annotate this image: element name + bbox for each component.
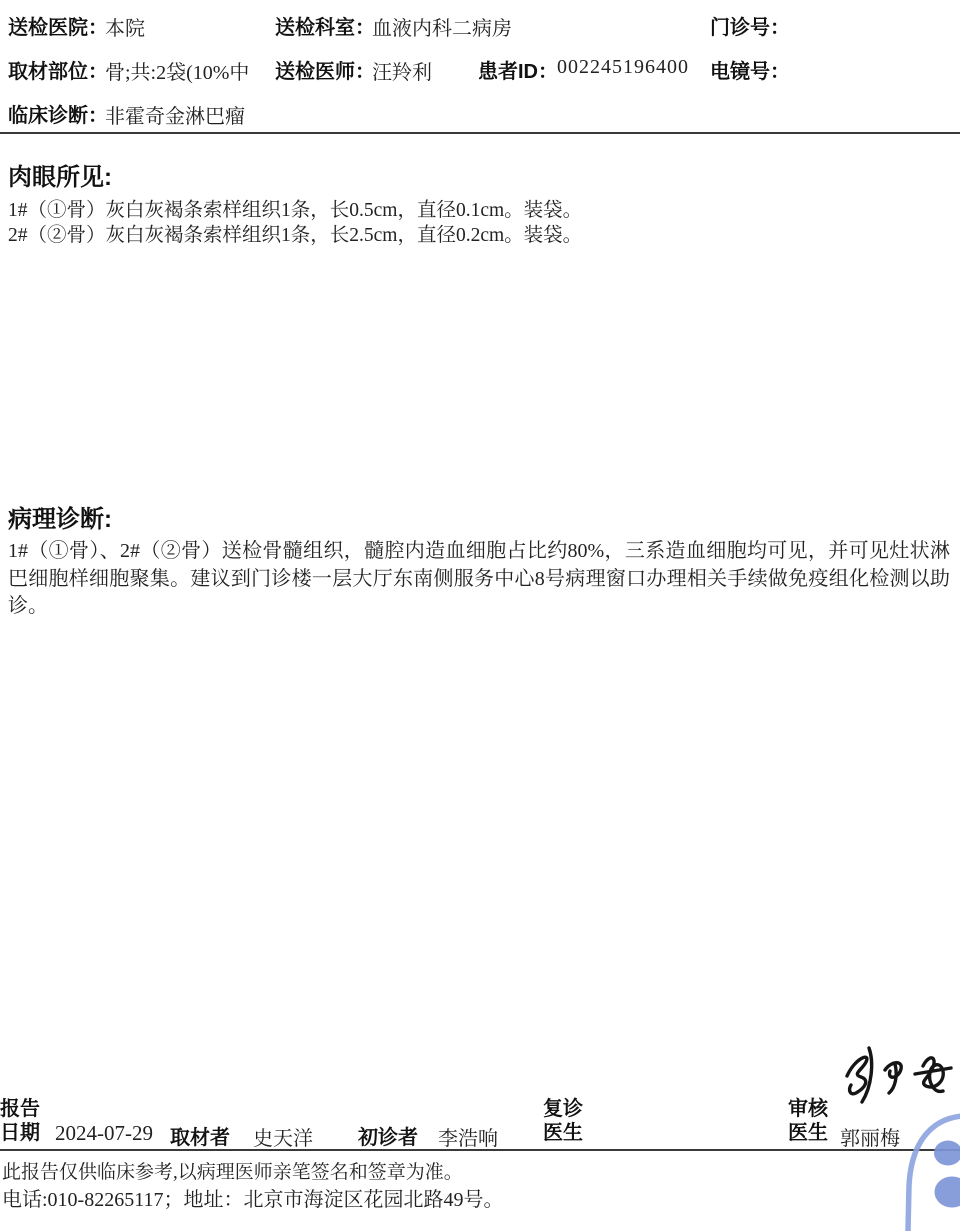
field-label-sending-doctor: 送检医师：: [275, 55, 375, 84]
field-label-sending-hospital: 送检医院：: [8, 11, 108, 40]
audit-doctor-label-line2: 医生: [788, 1121, 828, 1145]
footer-divider: [0, 1149, 960, 1151]
gross-findings-line: 1#（①骨）灰白灰褐条索样组织1条，长0.5cm，直径0.1cm。装袋。: [8, 198, 582, 223]
report-date-label-line1: 报告: [0, 1097, 40, 1121]
hospital-seal-icon: [840, 1106, 960, 1231]
field-value-specimen-site: 骨;共:2袋(10%中: [105, 56, 249, 85]
gross-findings-line: 2#（②骨）灰白灰褐条索样组织1条，长2.5cm，直径0.2cm。装袋。: [8, 223, 582, 248]
pathology-diagnosis-text: 1#（①骨）、2#（②骨）送检骨髓组织，髓腔内造血细胞占比约80%，三系造血细胞…: [8, 538, 950, 621]
first-reader-name: 李浩响: [438, 1122, 498, 1151]
field-value-clinical-diagnosis: 非霍奇金淋巴瘤: [105, 100, 245, 129]
gross-findings-heading: 肉眼所见:: [8, 157, 112, 192]
audit-doctor-label: 审核 医生: [788, 1097, 828, 1145]
review-doctor-label: 复诊 医生: [543, 1097, 583, 1145]
report-date-value: 2024-07-29: [55, 1121, 153, 1146]
field-label-em-no: 电镜号：: [710, 55, 790, 84]
field-label-specimen-site: 取材部位：: [8, 55, 108, 84]
report-date-label-line2: 日期: [0, 1121, 40, 1145]
field-label-outpatient-no: 门诊号：: [710, 11, 790, 40]
review-doctor-label-line1: 复诊: [543, 1097, 583, 1121]
sampler-name: 史天洋: [253, 1122, 313, 1151]
field-label-sending-dept: 送检科室：: [275, 11, 375, 40]
audit-doctor-label-line1: 审核: [788, 1097, 828, 1121]
header-divider: [0, 132, 960, 134]
field-label-clinical-diagnosis: 临床诊断：: [8, 99, 108, 128]
review-doctor-label-line2: 医生: [543, 1121, 583, 1145]
signature-icon: [835, 1040, 960, 1108]
field-value-sending-doctor: 汪羚利: [372, 56, 432, 85]
sampler-label: 取材者: [170, 1121, 230, 1150]
field-value-sending-hospital: 本院: [105, 12, 145, 41]
disclaimer-text: 此报告仅供临床参考,以病理医师亲笔签名和签章为准。: [2, 1157, 463, 1184]
field-value-patient-id: 002245196400: [557, 56, 689, 79]
field-label-patient-id: 患者ID：: [478, 55, 558, 84]
report-date-label: 报告 日期: [0, 1097, 40, 1145]
pathology-diagnosis-heading: 病理诊断:: [8, 499, 112, 534]
field-value-sending-dept: 血液内科二病房: [372, 12, 512, 41]
first-reader-label: 初诊者: [358, 1121, 418, 1150]
contact-address-text: 电话:010-82265117；地址：北京市海淀区花园北路49号。: [2, 1183, 503, 1212]
pathology-report-page: 送检医院： 本院 送检科室： 血液内科二病房 门诊号： 取材部位： 骨;共:2袋…: [0, 0, 960, 1231]
